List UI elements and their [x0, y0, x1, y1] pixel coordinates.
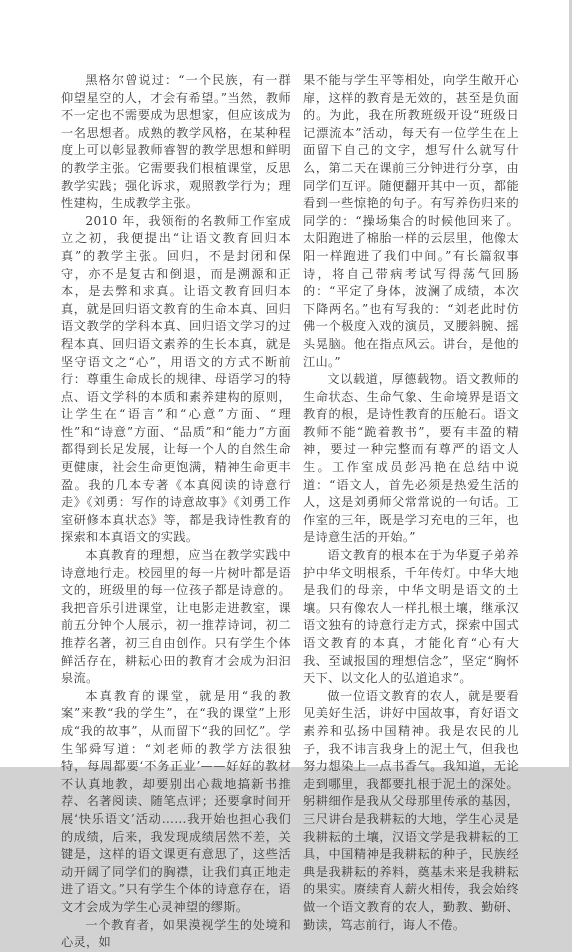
paragraph-hegel-quote: 黑格尔曾说过：“一个民族，有一群仰望星空的人，才会有希望。”当然，教师不一定也不…	[61, 72, 291, 213]
paragraph-poetic-practice: 本真教育的理想，应当在教学实践中诗意地行走。校园里的每一片树叶都是语文的，班级里…	[61, 547, 291, 688]
paragraph-teacher-life: 文以载道，厚德载物。语文教师的生命状态、生命气象、生命境界是语文教育的根，是诗性…	[303, 371, 519, 547]
left-column: 黑格尔曾说过：“一个民族，有一群仰望星空的人，才会有希望。”当然，教师不一定也不…	[61, 72, 291, 770]
paragraph-2010-studio: 2010 年，我领衔的名教师工作室成立之初，我便提出“让语文教育回归本真”的教学…	[61, 213, 291, 547]
right-column: 果不能与学生平等相处，向学生敞开心扉，这样的教育是无效的，甚至是负面的。为此，我…	[303, 72, 519, 770]
paragraph-farmer-of-education: 做一位语文教育的农人，就是要看见美好生活，讲好中国故事，育好语文素养和弘扬中国精…	[303, 688, 519, 770]
paragraph-chinese-roots: 语文教育的根本在于为华夏子弟养护中华文明根系，千年传灯。中华大地是我们的母亲，中…	[303, 547, 519, 688]
document-page: 黑格尔曾说过：“一个民族，有一群仰望星空的人，才会有希望。”当然，教师不一定也不…	[0, 0, 569, 767]
paragraph-authentic-classroom: 本真教育的课堂，就是用“我的教案”来教“我的学生”，在“我的课堂”上形成“我的故…	[61, 688, 291, 770]
paragraph-diary-continuation: 果不能与学生平等相处，向学生敞开心扉，这样的教育是无效的，甚至是负面的。为此，我…	[303, 72, 519, 371]
